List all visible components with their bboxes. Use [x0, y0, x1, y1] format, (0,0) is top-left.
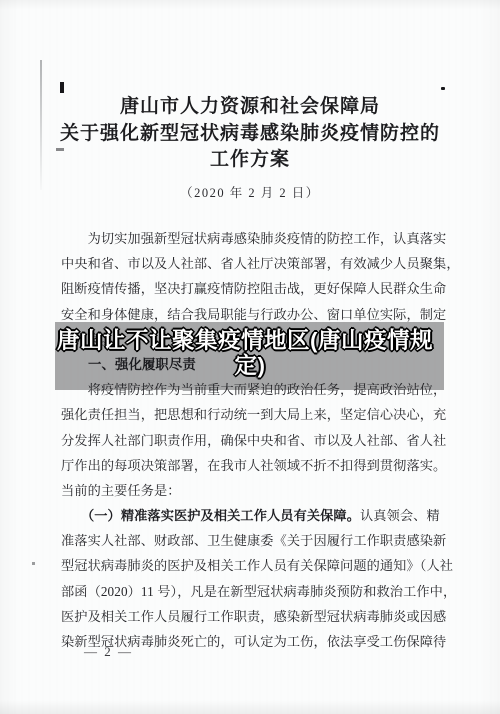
scan-artifact-tick [60, 82, 64, 93]
scan-artifact-dot [441, 87, 445, 90]
document-line: 厅作出的每项决策部署，在我市人社领域不折不扣得到贯彻落实。 [61, 453, 453, 478]
scan-artifact-speck [32, 562, 35, 565]
document-title: 唐山市人力资源和社会保障局 关于强化新型冠状病毒感染肺炎疫情防控的 工作方案 （… [0, 94, 500, 206]
document-line: 型冠状病毒肺炎的医护及相关工作人员有关保障问题的通知》（人社 [61, 553, 453, 578]
caption-line-2: 定) [0, 353, 500, 378]
document-line: 部函（2020）11 号），凡是在新型冠状病毒肺炎预防和救治工作中， [61, 579, 453, 604]
document-line: 中央和省、市以及人社部、省人社厅决策部署，有效减少人员聚集， [61, 251, 453, 276]
document-body: 为切实加强新型冠状病毒感染肺炎疫情的防控工作，认真落实 中央和省、市以及人社部、… [61, 226, 453, 654]
scan-shade-top [0, 0, 500, 10]
scan-shade-bottom [0, 700, 500, 714]
document-line: 为切实加强新型冠状病毒感染肺炎疫情的防控工作，认真落实 [61, 226, 453, 251]
document-line: 准落实人社部、财政部、卫生健康委《关于因履行工作职责感染新 [61, 528, 453, 553]
document-line: 医护及相关工作人员履行工作职责，感染新型冠状病毒肺炎或因感 [61, 604, 453, 629]
document-line: （一）精准落实医护及相关工作人员有关保障。认真领会、精 [61, 503, 453, 528]
document-line: 分发挥人社部门职责作用，确保中央和省、市以及人社部、省人社 [61, 428, 453, 453]
document-line: 当前的主要任务是： [61, 478, 453, 503]
title-line-1: 唐山市人力资源和社会保障局 [0, 94, 500, 121]
title-line-3: 工作方案 [0, 147, 500, 174]
page-number: — 2 — [84, 644, 133, 660]
title-line-2: 关于强化新型冠状病毒感染肺炎疫情防控的 [0, 121, 500, 148]
scan-artifact-dash [56, 148, 64, 151]
document-date: （2020 年 2 月 2 日） [0, 180, 500, 207]
scanned-document-photo: 唐山市人力资源和社会保障局 关于强化新型冠状病毒感染肺炎疫情防控的 工作方案 （… [0, 0, 500, 714]
document-line: 阻断疫情传播，坚决打赢疫情防控阻击战，更好保障人民群众生命 [61, 276, 453, 301]
caption-line-1: 唐山让不让聚集疫情地区(唐山疫情规 [0, 328, 500, 353]
caption-text: 唐山让不让聚集疫情地区(唐山疫情规 定) [0, 328, 500, 378]
document-line: 强化责任担当，把思想和行动统一到大局上来，坚定信心决心，充 [61, 402, 453, 427]
